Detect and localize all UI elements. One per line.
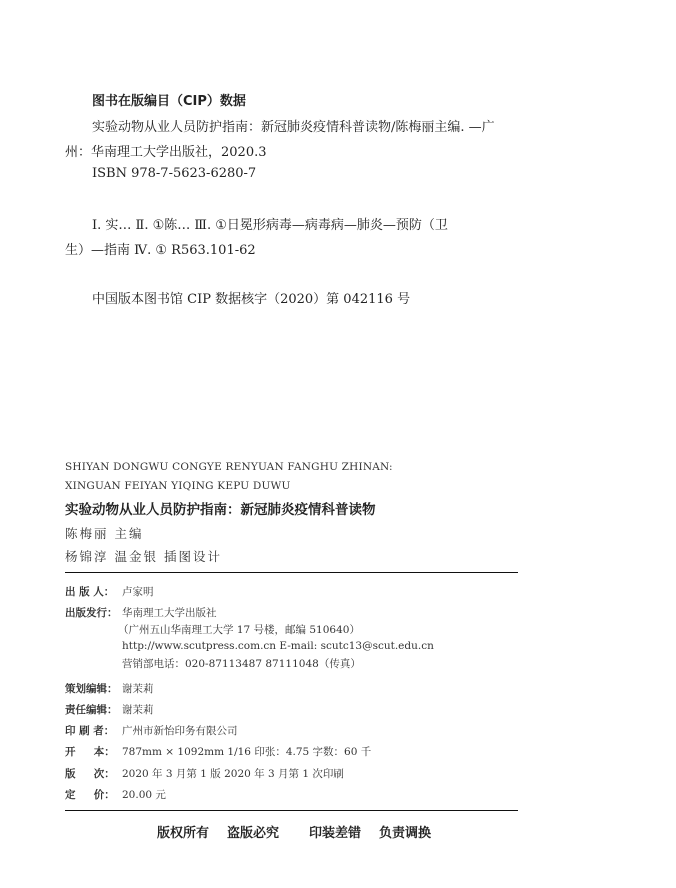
top-divider — [65, 572, 518, 573]
format-row: 开 本：787mm × 1092mm 1/16 印张：4.75 字数：60 千 — [65, 744, 371, 759]
cip-catalog-line-2: 州：华南理工大学出版社，2020.3 — [65, 141, 267, 160]
bottom-divider — [65, 810, 518, 811]
price-row: 定 价：20.00 元 — [65, 787, 166, 802]
edition-label: 版 次： — [65, 766, 122, 781]
responsible-editor-row: 责任编辑：谢茉莉 — [65, 702, 154, 717]
cip-catalog-line-1: 实验动物从业人员防护指南：新冠肺炎疫情科普读物/陈梅丽主编. —广 — [92, 116, 495, 135]
planning-editor-row: 策划编辑：谢茉莉 — [65, 681, 154, 696]
planning-editor-label: 策划编辑： — [65, 681, 122, 696]
planning-editor-value: 谢茉莉 — [122, 683, 154, 695]
copyright-part-3: 印装差错 — [309, 826, 361, 841]
distributor-label: 出版发行： — [65, 605, 122, 620]
pinyin-title-line-1: SHIYAN DONGWU CONGYE RENYUAN FANGHU ZHIN… — [65, 461, 393, 473]
cip-heading: 图书在版编目（CIP）数据 — [92, 90, 246, 109]
copyright-part-1: 版权所有 — [157, 826, 209, 841]
format-label: 开 本： — [65, 744, 122, 759]
distributor-value: 华南理工大学出版社 — [122, 607, 217, 619]
web-email: http://www.scutpress.com.cn E-mail: scut… — [122, 640, 434, 652]
classification-line-1: Ⅰ. 实… Ⅱ. ①陈… Ⅲ. ①日冕形病毒—病毒病—肺炎—预防（卫 — [92, 214, 448, 233]
edition-value: 2020 年 3 月第 1 版 2020 年 3 月第 1 次印刷 — [122, 768, 344, 780]
format-value: 787mm × 1092mm 1/16 印张：4.75 字数：60 千 — [122, 746, 371, 758]
copyright-part-2: 盗版必究 — [227, 826, 279, 841]
responsible-editor-label: 责任编辑： — [65, 702, 122, 717]
classification-line-2: 生）—指南 Ⅳ. ① R563.101-62 — [65, 239, 256, 258]
pinyin-title-line-2: XINGUAN FEIYAN YIQING KEPU DUWU — [65, 480, 291, 492]
book-title: 实验动物从业人员防护指南：新冠肺炎疫情科普读物 — [65, 498, 376, 518]
publisher-label: 出 版 人： — [65, 584, 122, 599]
price-value: 20.00 元 — [122, 789, 166, 801]
responsible-editor-value: 谢茉莉 — [122, 704, 154, 716]
publisher-row: 出 版 人：卢家明 — [65, 584, 154, 599]
marketing-phone: 营销部电话：020-87113487 87111048（传真） — [122, 656, 361, 671]
copyright-notice: 版权所有盗版必究印装差错负责调换 — [157, 822, 449, 841]
distributor-address: （广州五山华南理工大学 17 号楼，邮编 510640） — [118, 622, 360, 637]
distributor-row: 出版发行：华南理工大学出版社 — [65, 605, 217, 620]
price-label: 定 价： — [65, 787, 122, 802]
editor-credit: 陈梅丽 主编 — [65, 524, 143, 542]
printer-row: 印 刷 者：广州市新怡印务有限公司 — [65, 723, 238, 738]
illustrator-credit: 杨锦淳 温金银 插图设计 — [65, 547, 222, 565]
copyright-part-4: 负责调换 — [379, 826, 431, 841]
printer-value: 广州市新怡印务有限公司 — [122, 725, 238, 737]
edition-row: 版 次：2020 年 3 月第 1 版 2020 年 3 月第 1 次印刷 — [65, 766, 344, 781]
isbn: ISBN 978-7-5623-6280-7 — [92, 166, 256, 181]
cip-number: 中国版本图书馆 CIP 数据核字（2020）第 042116 号 — [92, 288, 410, 307]
printer-label: 印 刷 者： — [65, 723, 122, 738]
publisher-value: 卢家明 — [122, 586, 154, 598]
